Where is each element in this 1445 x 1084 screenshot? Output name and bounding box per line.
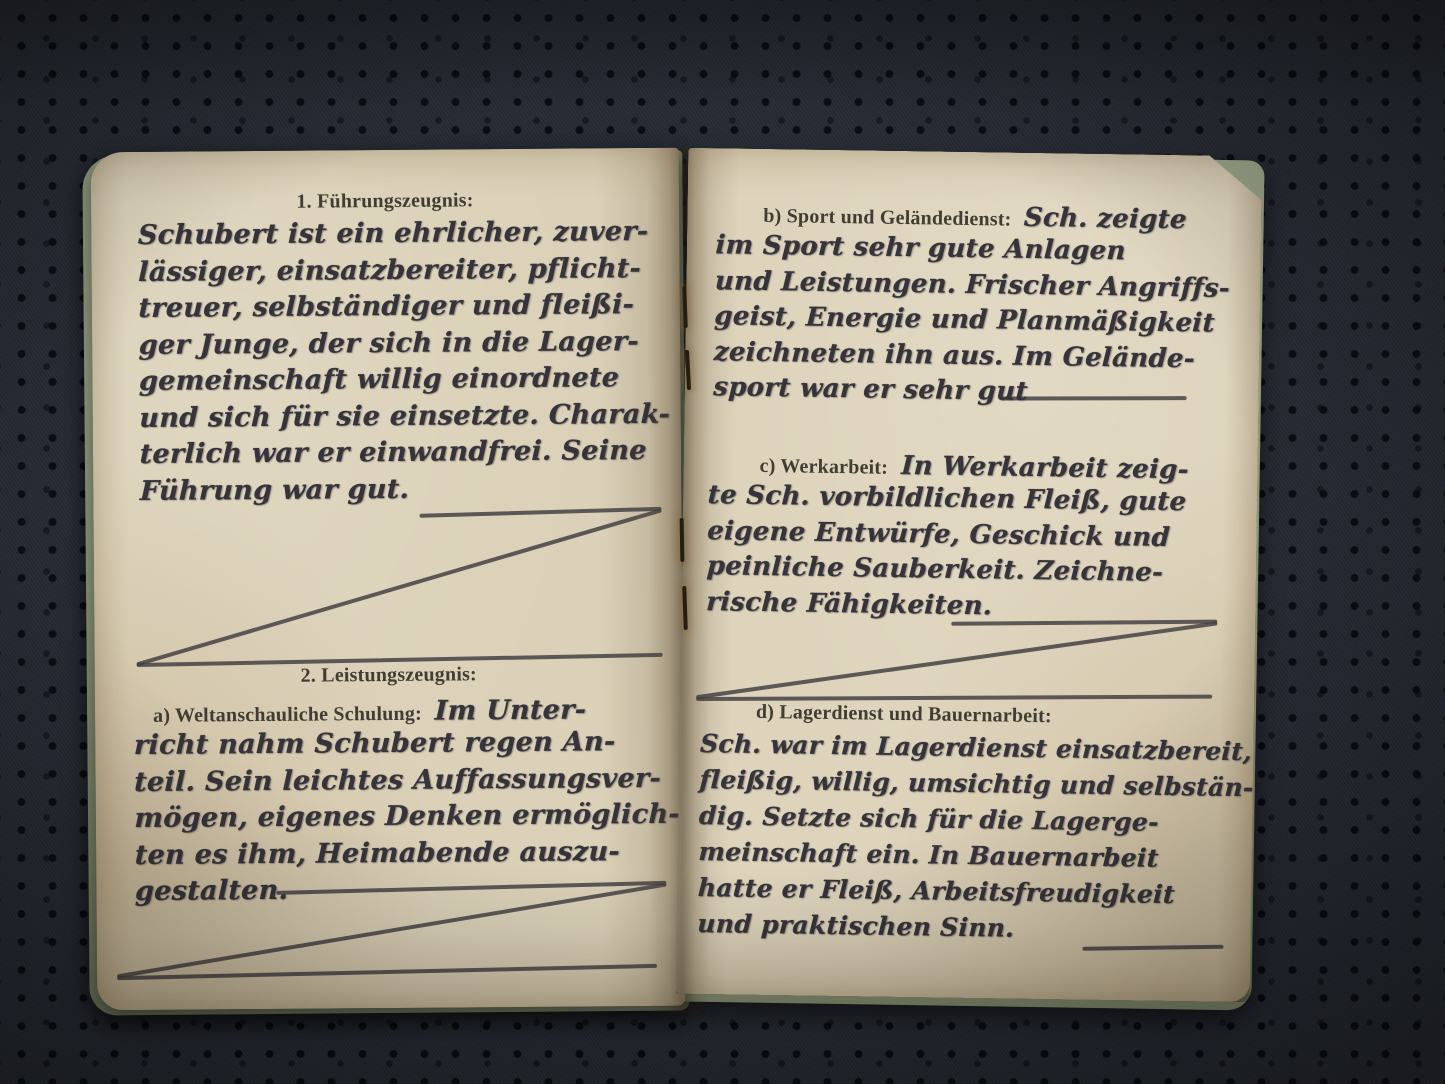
handwriting-line: treuer, selbständiger und fleißi- <box>138 287 670 328</box>
handwriting-line: mögen, eigenes Denken ermöglich- <box>134 797 680 838</box>
strike-line <box>119 966 655 978</box>
item-d-handwriting: Sch. war im Lagerdienst einsatzbereit, f… <box>697 726 1254 950</box>
strike-line <box>421 509 659 516</box>
left-page: 1. Führungszeugnis: Schubert ist ein ehr… <box>91 148 686 1011</box>
handwriting-line: und praktischen Sinn. <box>697 906 1253 950</box>
handwriting-line: rische Fähigkeiten. <box>705 585 1185 628</box>
section-1-heading: 1. Führungszeugnis: <box>91 188 679 216</box>
item-b-label: b) Sport und Geländedienst: <box>763 205 1012 232</box>
photo-scene: 1. Führungszeugnis: Schubert ist ein ehr… <box>0 0 1445 1084</box>
handwriting-line: terlich war er einwandfrei. Seine <box>139 433 671 474</box>
section-2-handwriting: richt nahm Schubert regen An- teil. Sein… <box>133 724 680 911</box>
item-b-handwriting: im Sport sehr gute Anlagen und Leistunge… <box>712 228 1230 413</box>
item-c-handwriting: te Sch. vorbildlichen Fleiß, gute eigene… <box>705 478 1186 627</box>
item-a-label: a) Weltanschauliche Schulung: <box>153 703 422 728</box>
handwriting-line: teil. Sein leichtes Auffassungsver- <box>134 760 680 801</box>
handwriting-line: und sich für sie einsetzte. Charak- <box>139 396 671 437</box>
handwriting-line: richt nahm Schubert regen An- <box>133 724 679 765</box>
right-page: b) Sport und Geländedienst: Sch. zeigte … <box>676 148 1262 1002</box>
handwriting-line: ger Junge, der sich in die Lager- <box>138 323 670 364</box>
handwriting-line: gestalten. <box>135 870 681 911</box>
handwriting-line: lässiger, einsatzbereiter, pflicht- <box>138 250 670 291</box>
staple <box>680 518 685 562</box>
item-c-label: c) Werkarbeit: <box>759 455 888 480</box>
handwriting-line: Führung war gut. <box>139 469 671 510</box>
strike-line <box>698 616 1215 705</box>
handwriting-line: Schubert ist ein ehrlicher, zuver- <box>137 214 669 255</box>
handwriting-line: sport war er sehr gut <box>712 370 1229 413</box>
handwriting-line: ten es ihm, Heimabende auszu- <box>134 833 680 874</box>
section-2-heading: 2. Leistungszeugnis: <box>95 662 683 690</box>
handwriting-line: gemeinschaft willig einordnete <box>139 360 671 401</box>
item-d-label: d) Lagerdienst und Bauernarbeit: <box>756 701 1052 728</box>
strike-line <box>137 511 660 664</box>
section-1-handwriting: Schubert ist ein ehrlicher, zuver- lässi… <box>137 214 670 510</box>
